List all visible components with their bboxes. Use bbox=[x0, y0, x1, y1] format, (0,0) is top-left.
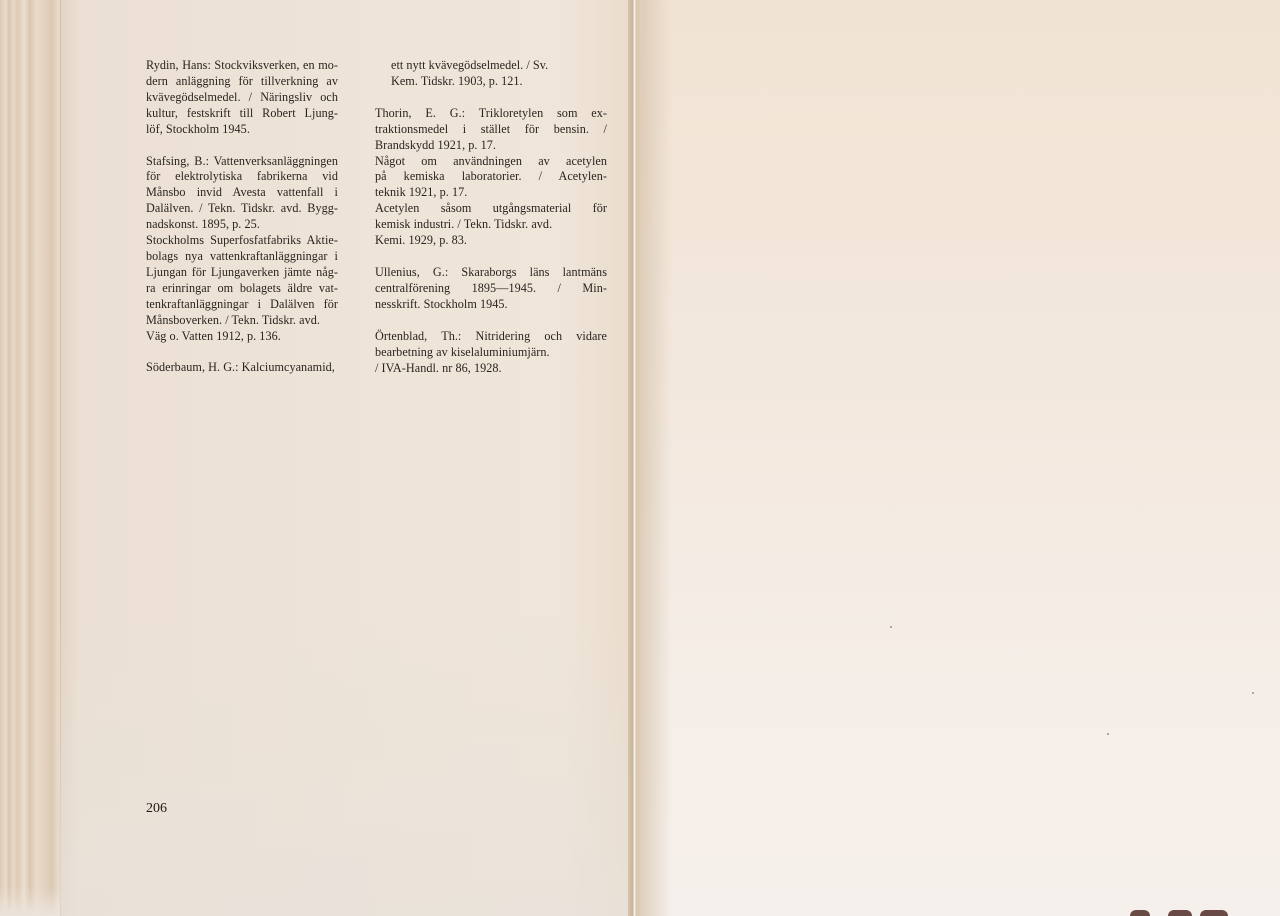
entry-line: för elektrolytiska fabrikerna vid bbox=[162, 169, 338, 185]
entry-line: Örtenblad, Th.: Nitridering och vidare bbox=[391, 329, 607, 345]
entry-line: kultur, festskrift till Robert Ljung- bbox=[162, 106, 338, 122]
entry-line: Kem. Tidskr. 1903, p. 121. bbox=[391, 74, 607, 90]
entry-line: teknik 1921, p. 17. bbox=[391, 185, 607, 201]
scan-artifact bbox=[1130, 908, 1240, 916]
entry-line: ett nytt kvävegödselmedel. / Sv. bbox=[391, 58, 607, 74]
entry-line: tenkraftanläggningar i Dalälven för bbox=[162, 297, 338, 313]
page-number: 206 bbox=[146, 801, 167, 817]
book-gutter bbox=[628, 0, 642, 916]
bibliography-entry: Örtenblad, Th.: Nitridering och vidarebe… bbox=[375, 329, 607, 377]
bibliography-entry: ett nytt kvävegödselmedel. / Sv.Kem. Tid… bbox=[375, 58, 607, 90]
entry-line: Stockholms Superfosfatfabriks Aktie- bbox=[162, 233, 338, 249]
entry-line: Stafsing, B.: Vattenverksanläggningen bbox=[162, 154, 338, 170]
bibliography-entry: Ullenius, G.: Skaraborgs läns lantmänsce… bbox=[375, 265, 607, 313]
entry-line: dern anläggning för tillverkning av bbox=[162, 74, 338, 90]
bibliography-entry: Thorin, E. G.: Trikloretylen som ex-trak… bbox=[375, 106, 607, 249]
entry-line: Ljungan för Ljungaverken jämte någ- bbox=[162, 265, 338, 281]
entry-line: bolags nya vattenkraftanläggningar i bbox=[162, 249, 338, 265]
entry-line: centralförening 1895—1945. / Min- bbox=[391, 281, 607, 297]
entry-line: Ullenius, G.: Skaraborgs läns lantmäns bbox=[391, 265, 607, 281]
entry-line: löf, Stockholm 1945. bbox=[162, 122, 338, 138]
entry-line: nesskrift. Stockholm 1945. bbox=[391, 297, 607, 313]
entry-line: Söderbaum, H. G.: Kalciumcyanamid, bbox=[162, 360, 338, 376]
page-edges-left bbox=[0, 0, 66, 916]
entry-line: bearbetning av kiselaluminiumjärn. bbox=[391, 345, 607, 361]
entry-line: Väg o. Vatten 1912, p. 136. bbox=[162, 329, 338, 345]
entry-line: Thorin, E. G.: Trikloretylen som ex- bbox=[391, 106, 607, 122]
entry-line: kemisk industri. / Tekn. Tidskr. avd. bbox=[391, 217, 607, 233]
entry-line: ra erinringar om bolagets äldre vat- bbox=[162, 281, 338, 297]
bibliography-entry: Rydin, Hans: Stockviksverken, en mo-dern… bbox=[146, 58, 338, 138]
entry-line: kvävegödselmedel. / Näringsliv och bbox=[162, 90, 338, 106]
entry-line: Månsbo invid Avesta vattenfall i bbox=[162, 185, 338, 201]
entry-line: nadskonst. 1895, p. 25. bbox=[162, 217, 338, 233]
entry-line: Månsboverken. / Tekn. Tidskr. avd. bbox=[162, 313, 338, 329]
entry-line: / IVA-Handl. nr 86, 1928. bbox=[391, 361, 607, 377]
entry-line: Något om användningen av acetylen bbox=[391, 154, 607, 170]
bibliography-entry: Stafsing, B.: Vattenverksanläggningenför… bbox=[146, 154, 338, 345]
bibliography-column-1: Rydin, Hans: Stockviksverken, en mo-dern… bbox=[146, 58, 338, 392]
entry-line: Rydin, Hans: Stockviksverken, en mo- bbox=[162, 58, 338, 74]
entry-line: Brandskydd 1921, p. 17. bbox=[391, 138, 607, 154]
entry-line: på kemiska laboratorier. / Acetylen- bbox=[391, 169, 607, 185]
bibliography-entry: Söderbaum, H. G.: Kalciumcyanamid, bbox=[146, 360, 338, 376]
book-spread: Rydin, Hans: Stockviksverken, en mo-dern… bbox=[0, 0, 1280, 916]
entry-line: Acetylen såsom utgångsmaterial för bbox=[391, 201, 607, 217]
entry-line: Kemi. 1929, p. 83. bbox=[391, 233, 607, 249]
entry-line: Dalälven. / Tekn. Tidskr. avd. Bygg- bbox=[162, 201, 338, 217]
right-page-blank bbox=[642, 0, 1280, 916]
entry-line: traktionsmedel i stället för bensin. / bbox=[391, 122, 607, 138]
bibliography-column-2: ett nytt kvävegödselmedel. / Sv.Kem. Tid… bbox=[375, 58, 607, 392]
